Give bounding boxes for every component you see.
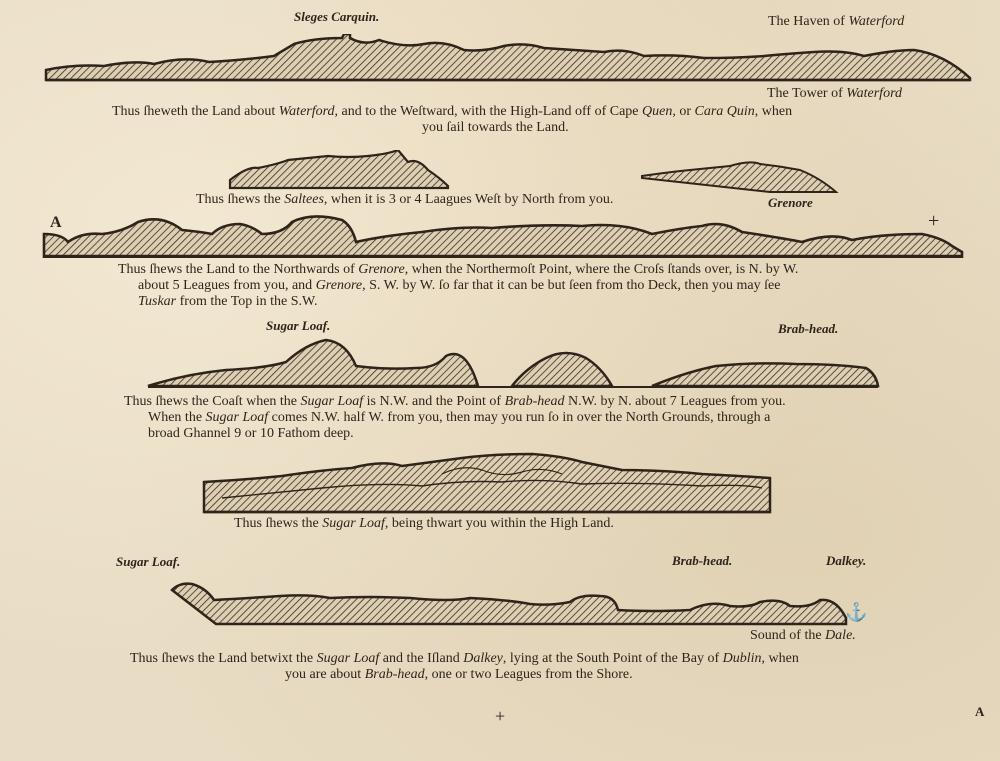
coastal-profile-grenore <box>640 158 840 196</box>
caption-line: about 5 Leagues from you, and Grenore, S… <box>118 278 978 294</box>
caption-text: , being thwart you within the High Land. <box>385 516 614 531</box>
caption-sugar-loaf-dalkey: Thus ſhews the Land betwixt the Sugar Lo… <box>130 651 990 683</box>
caption-text: Thus ſhews the Coaſt when the <box>124 394 301 409</box>
coastal-profile-sugar-loaf-brab-head <box>146 338 882 390</box>
caption-line: you are about Brab-head, one or two Leag… <box>130 667 990 683</box>
label-brab-head: Brab-head. <box>778 321 838 337</box>
caption-text: you are about <box>285 667 365 682</box>
caption-italic: Grenore <box>316 278 362 293</box>
caption-line: you ſail towards the Land. <box>112 120 952 136</box>
caption-line: Thus ſhews the Coaſt when the Sugar Loaf… <box>124 394 984 410</box>
caption-text: When the <box>148 410 206 425</box>
caption-text: , S. W. by W. ſo far that it can be but … <box>362 278 780 293</box>
caption-italic: Dalkey <box>463 651 503 666</box>
coastal-profile-saltees <box>228 150 450 190</box>
caption-italic: Grenore <box>358 262 404 277</box>
caption-italic: Cara Quin <box>695 104 755 119</box>
caption-italic: Brab-head <box>365 667 425 682</box>
label-sound-of-the-dale: Sound of the Dale. <box>750 628 856 644</box>
caption-text: Thus ſhews the <box>234 516 322 531</box>
label-italic: Dale. <box>825 628 856 643</box>
label-haven-of-waterford: The Haven of Waterford <box>768 14 904 30</box>
label-text: The Haven of <box>768 14 848 29</box>
label-italic: Waterford <box>848 14 904 29</box>
caption-text: Thus ſhews the Land betwixt the <box>130 651 317 666</box>
caption-northwards-grenore: Thus ſhews the Land to the Northwards of… <box>118 262 978 310</box>
caption-italic: Sugar Loaf <box>317 651 380 666</box>
registration-cross-mark: + <box>495 706 505 727</box>
label-grenore: Grenore <box>768 195 813 211</box>
caption-sugar-loaf-high-land: Thus ſhews the Sugar Loaf, being thwart … <box>234 516 614 532</box>
caption-line: broad Ghannel 9 or 10 Fathom deep. <box>124 426 984 442</box>
caption-text: , when <box>755 104 792 119</box>
label-brab-head: Brab-head. <box>672 553 732 569</box>
caption-italic: Saltees <box>284 192 324 207</box>
caption-italic: Sugar Loaf <box>301 394 364 409</box>
caption-text: , lying at the South Point of the Bay of <box>503 651 723 666</box>
label-text: Sound of the <box>750 628 825 643</box>
caption-text: , and to the Weſtward, with the High-Lan… <box>335 104 642 119</box>
caption-text: , when it is 3 or 4 Laagues Weſt by Nort… <box>324 192 613 207</box>
label-sugar-loaf: Sugar Loaf. <box>266 318 330 334</box>
coastal-profile-waterford <box>44 34 974 84</box>
caption-text: from the Top in the S.W. <box>176 294 317 309</box>
label-dalkey: Dalkey. <box>826 553 866 569</box>
caption-text: comes N.W. half W. from you, then may yo… <box>268 410 770 425</box>
coastal-profile-northwards-grenore <box>42 212 964 258</box>
caption-waterford: Thus ſheweth the Land about Waterford, a… <box>112 104 952 136</box>
caption-italic: Waterford <box>279 104 335 119</box>
caption-sugar-loaf-coast: Thus ſhews the Coaſt when the Sugar Loaf… <box>124 394 984 442</box>
coastal-profile-sugar-loaf-dalkey <box>170 580 860 628</box>
caption-text: , one or two Leagues from the Shore. <box>425 667 633 682</box>
caption-line: Thus ſheweth the Land about Waterford, a… <box>112 104 952 120</box>
label-sleges-carquin: Sleges Carquin. <box>294 9 379 25</box>
label-sugar-loaf: Sugar Loaf. <box>116 554 180 570</box>
label-tower-of-waterford: The Tower of Waterford <box>767 86 902 102</box>
caption-text: is N.W. and the Point of <box>363 394 504 409</box>
caption-text: , when <box>762 651 799 666</box>
caption-text: , when the Northermoſt Point, where the … <box>405 262 799 277</box>
label-text: The Tower of <box>767 86 846 101</box>
caption-line: When the Sugar Loaf comes N.W. half W. f… <box>124 410 984 426</box>
caption-italic: Tuskar <box>138 294 176 309</box>
caption-italic: Brab-head <box>505 394 565 409</box>
caption-italic: Dublin <box>723 651 762 666</box>
caption-text: Thus ſhews the <box>196 192 284 207</box>
caption-saltees: Thus ſhews the Saltees, when it is 3 or … <box>196 192 613 208</box>
caption-text: Thus ſheweth the Land about <box>112 104 279 119</box>
signature-mark-a: A <box>975 704 984 720</box>
caption-italic: Sugar Loaf <box>206 410 269 425</box>
caption-text: , or <box>672 104 694 119</box>
caption-text: and the Iſland <box>379 651 463 666</box>
label-italic: Waterford <box>846 86 902 101</box>
caption-line: Tuskar from the Top in the S.W. <box>118 294 978 310</box>
anchor-icon: ⚓ <box>845 602 867 623</box>
caption-line: Thus ſhews the Land betwixt the Sugar Lo… <box>130 651 990 667</box>
caption-text: N.W. by N. about 7 Leagues from you. <box>564 394 785 409</box>
caption-text: Thus ſhews the Land to the Northwards of <box>118 262 358 277</box>
caption-italic: Quen <box>642 104 672 119</box>
coastal-profile-high-land <box>202 452 774 514</box>
caption-line: Thus ſhews the Land to the Northwards of… <box>118 262 978 278</box>
caption-text: about 5 Leagues from you, and <box>138 278 316 293</box>
caption-italic: Sugar Loaf <box>322 516 385 531</box>
